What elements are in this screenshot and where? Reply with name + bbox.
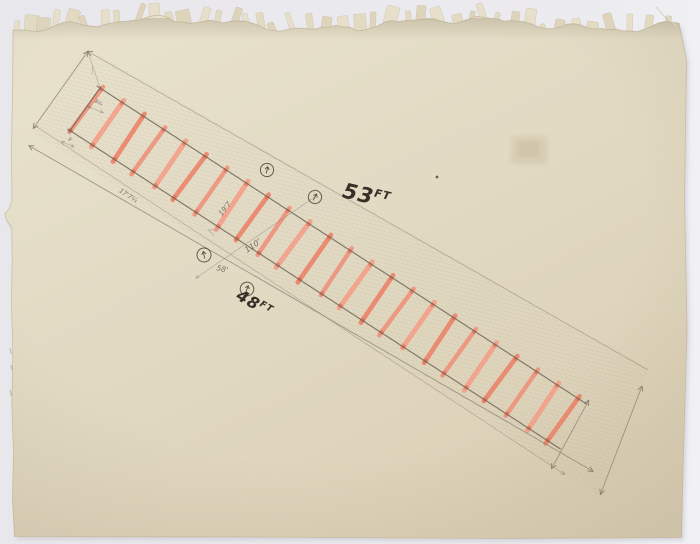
drawing-canvas: 53FT 48FT 17'7¼ 19'7 8¼ 9 110″ 58' [0, 0, 700, 544]
ink-dot [436, 176, 439, 179]
paper-stain-core [518, 141, 539, 157]
scanned-drawing-sheet: 53FT 48FT 17'7¼ 19'7 8¼ 9 110″ 58' [0, 0, 700, 544]
